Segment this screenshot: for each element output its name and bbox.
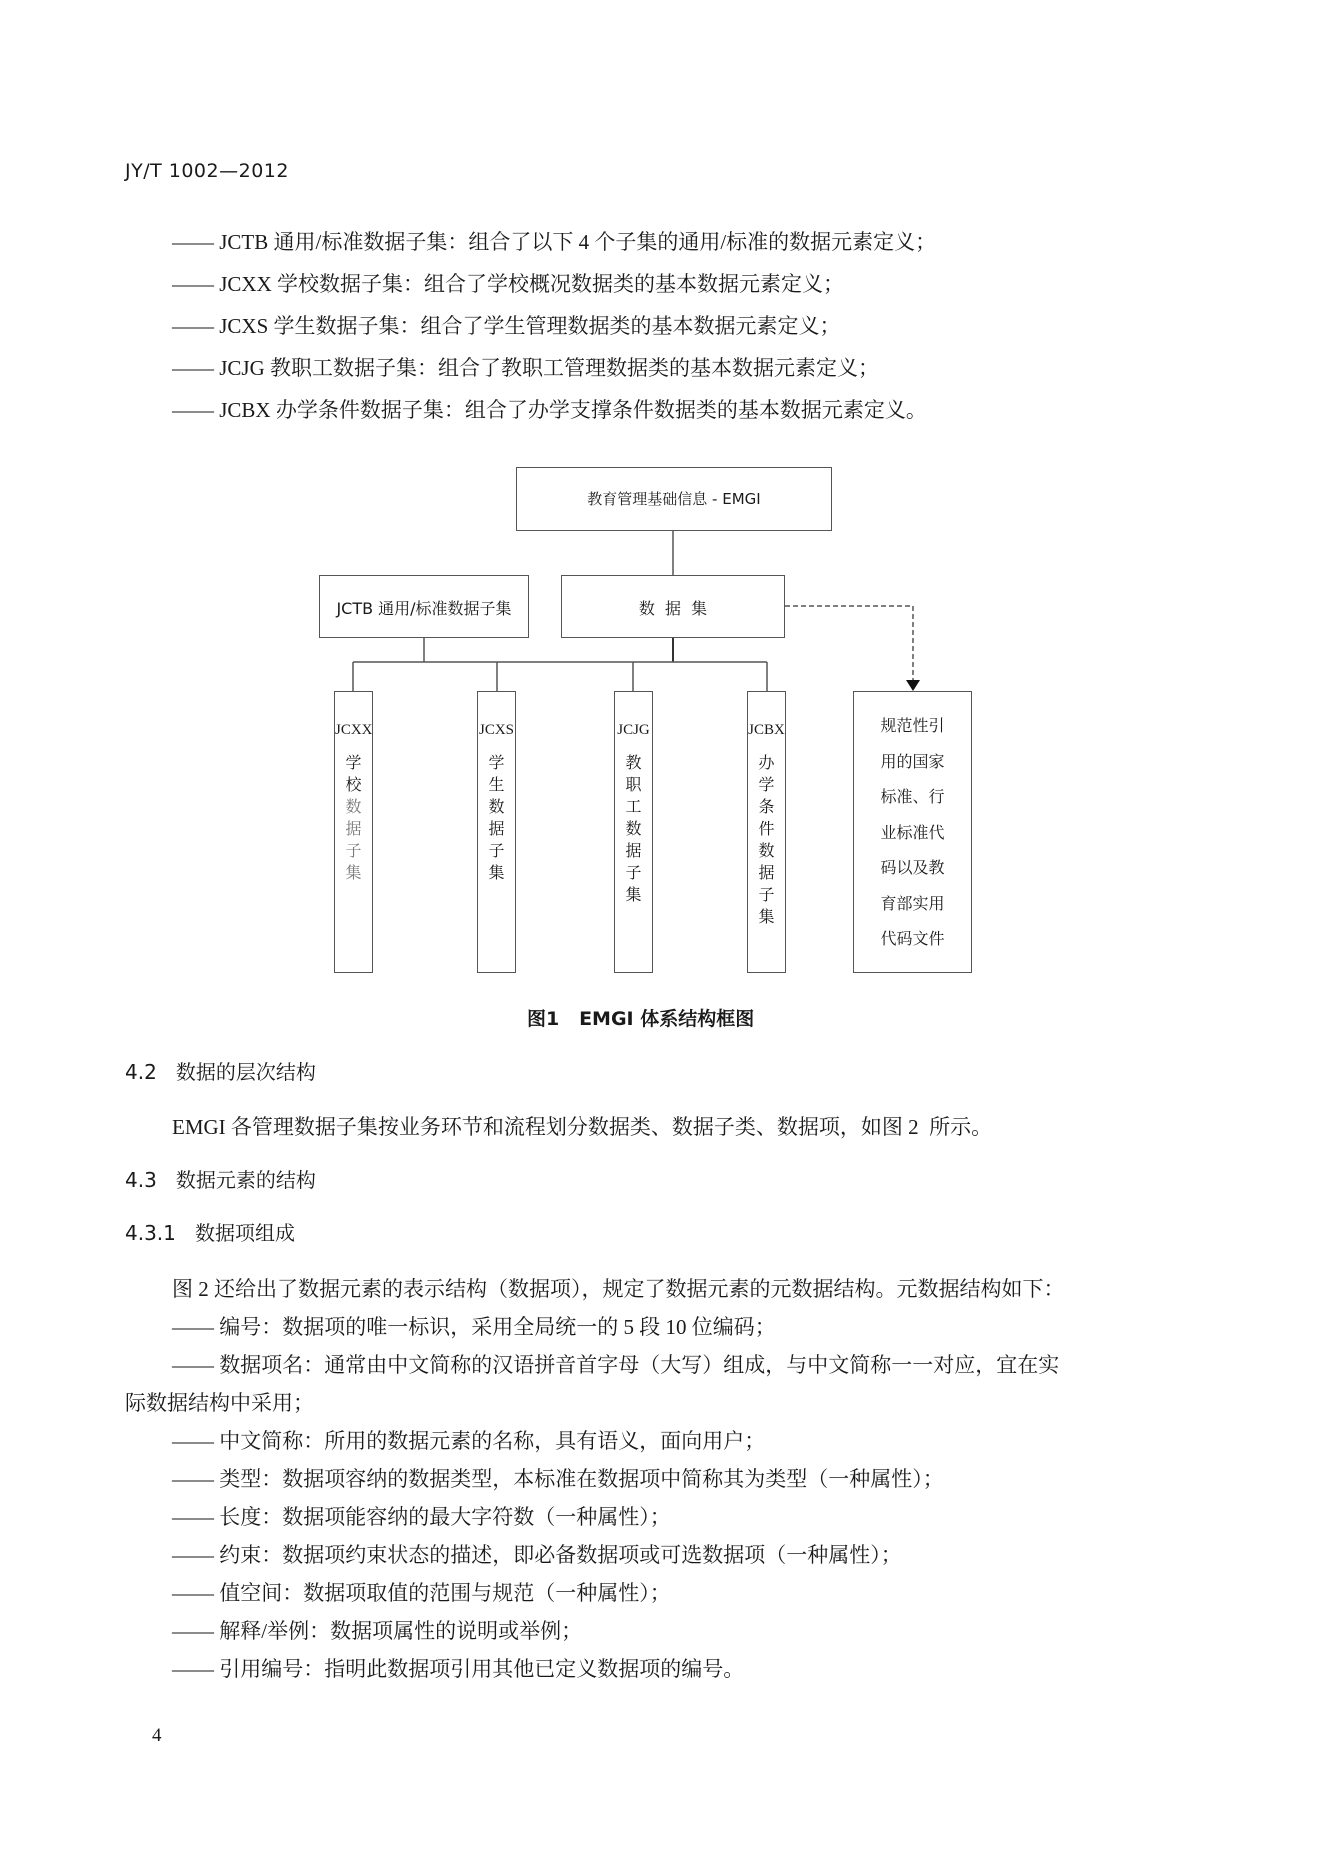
section-4-3-1-heading: 4.3.1 数据项组成 (125, 1217, 295, 1246)
bullet-jctb: —— JCTB 通用/标准数据子集：组合了以下 4 个子集的通用/标准的数据元素… (172, 226, 936, 256)
metadata-item-name: —— 数据项名：通常由中文简称的汉语拼音首字母（大写）组成，与中文简称一一对应，… (172, 1349, 1059, 1379)
section-4-2-paragraph: EMGI 各管理数据子集按业务环节和流程划分数据类、数据子类、数据项，如图 2 … (172, 1111, 992, 1141)
column-code: JCBX (748, 722, 785, 739)
jctb-box-label: JCTB 通用/标准数据子集 (320, 596, 528, 619)
metadata-item-explanation: —— 解释/举例：数据项属性的说明或举例； (172, 1615, 582, 1645)
metadata-item-constraint: —— 约束：数据项约束状态的描述，即必备数据项或可选数据项（一种属性）； (172, 1539, 902, 1569)
column-box-jcxs: JCXS 学生数据子集 (477, 691, 516, 973)
bullet-jcjg: —— JCJG 教职工数据子集：组合了教职工管理数据类的基本数据元素定义； (172, 352, 879, 382)
metadata-item-length: —— 长度：数据项能容纳的最大字符数（一种属性）； (172, 1501, 671, 1531)
root-box-label: 教育管理基础信息 - EMGI (517, 488, 831, 509)
document-id-header: JY/T 1002—2012 (125, 160, 289, 182)
figure-1-caption: 图1 EMGI 体系结构框图 (527, 1004, 754, 1031)
bullet-jcxx: —— JCXX 学校数据子集：组合了学校概况数据类的基本数据元素定义； (172, 268, 844, 298)
column-code: JCXX (335, 722, 372, 739)
bullet-jcxs: —— JCXS 学生数据子集：组合了学生管理数据类的基本数据元素定义； (172, 310, 841, 340)
metadata-item-value-space: —— 值空间：数据项取值的范围与规范（一种属性）； (172, 1577, 671, 1607)
column-chars: 学生数据子集 (478, 752, 515, 884)
column-box-jcjg: JCJG 教职工数据子集 (614, 691, 653, 973)
root-box-emgi: 教育管理基础信息 - EMGI (516, 467, 832, 531)
metadata-item-name-cont: 际数据结构中采用； (125, 1387, 314, 1417)
bullet-jcbx: —— JCBX 办学条件数据子集：组合了办学支撑条件数据类的基本数据元素定义。 (172, 394, 927, 424)
column-chars: 办学条件数据子集 (748, 752, 785, 928)
section-4-3-1-intro: 图 2 还给出了数据元素的表示结构（数据项），规定了数据元素的元数据结构。元数据… (172, 1273, 1065, 1303)
section-4-3-heading: 4.3 数据元素的结构 (125, 1164, 316, 1193)
column-code: JCJG (615, 722, 652, 739)
metadata-item-cn-short: —— 中文简称：所用的数据元素的名称，具有语义，面向用户； (172, 1425, 765, 1455)
section-4-2-heading: 4.2 数据的层次结构 (125, 1056, 316, 1085)
jctb-box: JCTB 通用/标准数据子集 (319, 575, 529, 638)
column-code: JCXS (478, 722, 515, 739)
dataset-box-label: 数 据 集 (562, 596, 784, 619)
metadata-item-type: —— 类型：数据项容纳的数据类型，本标准在数据项中简称其为类型（一种属性）； (172, 1463, 944, 1493)
dataset-box: 数 据 集 (561, 575, 785, 638)
column-box-jcxx: JCXX 学校数据子集 (334, 691, 373, 973)
column-box-jcbx: JCBX 办学条件数据子集 (747, 691, 786, 973)
column-chars: 学校数据子集 (335, 752, 372, 884)
page-number: 4 (152, 1725, 162, 1747)
metadata-item-code: —— 编号：数据项的唯一标识，采用全局统一的 5 段 10 位编码； (172, 1311, 776, 1341)
metadata-item-reference: —— 引用编号：指明此数据项引用其他已定义数据项的编号。 (172, 1653, 744, 1683)
column-chars: 教职工数据子集 (615, 752, 652, 906)
reference-standards-box: 规范性引 用的国家 标准、行 业标准代 码以及教 育部实用 代码文件 (853, 691, 972, 973)
reference-box-text: 规范性引 用的国家 标准、行 业标准代 码以及教 育部实用 代码文件 (854, 708, 971, 957)
